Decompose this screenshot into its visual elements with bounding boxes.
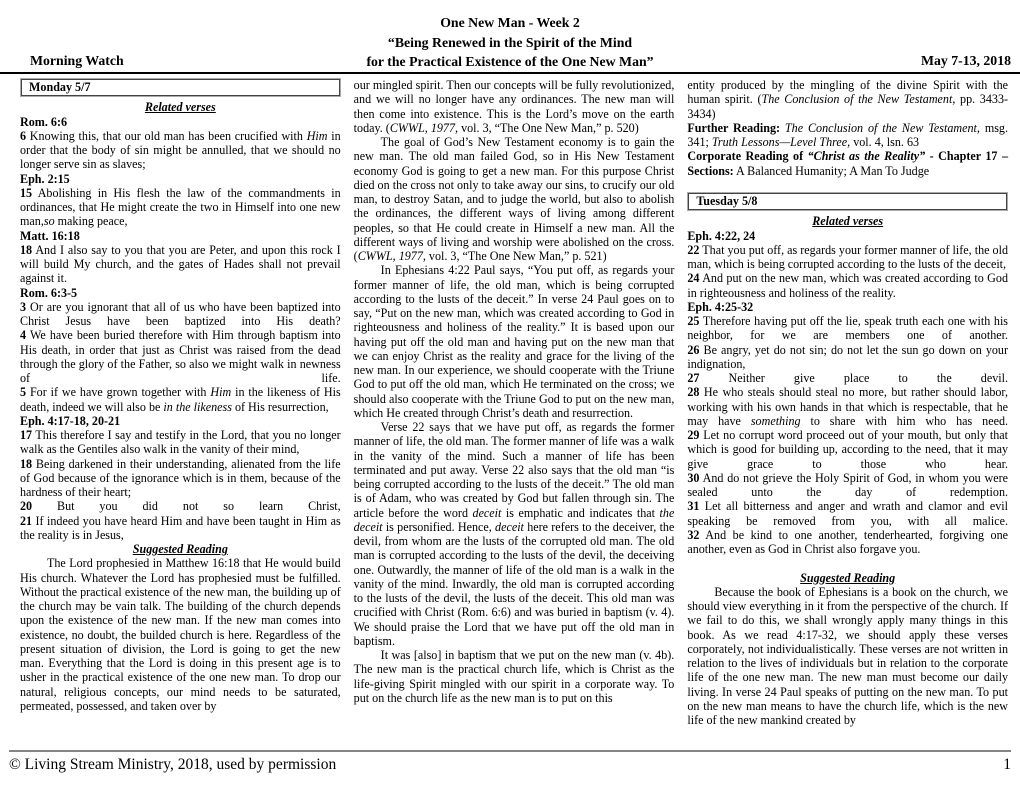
verse-text: And be kind to one another, tenderhearte… [687,528,1008,556]
verse-number: 18 [20,243,32,257]
verse-text: And do not grieve the Holy Spirit of God… [687,471,1008,499]
verse-text: And put on the new man, which was create… [687,271,1008,299]
verse-reference: Eph. 2:15 [20,172,341,186]
verse: 30 And do not grieve the Holy Spirit of … [687,471,1008,500]
verse-number: 21 [20,514,32,528]
verse-number: 26 [687,343,699,357]
verse: 21 If indeed you have heard Him and have… [20,514,341,543]
vertical-spacer [687,556,1008,570]
verse-text: For if we have grown together with Him i… [20,385,341,413]
verse-text: Let no corrupt word proceed out of your … [687,428,1008,471]
verse: 17 This therefore I say and testify in t… [20,428,341,457]
verse: 20 But you did not so learn Christ, [20,499,341,513]
day-header: Monday 5/7 [21,79,340,96]
column-left: Monday 5/7Related versesRom. 6:66 Knowin… [20,78,341,745]
verse: 29 Let no corrupt word proceed out of yo… [687,428,1008,471]
verse-number: 18 [20,457,32,471]
verse-number: 28 [687,385,699,399]
verse-reference: Eph. 4:25-32 [687,300,1008,314]
verse: 4 We have been buried therefore with Him… [20,328,341,385]
verse: 25 Therefore having put off the lie, spe… [687,314,1008,343]
verse-text: We have been buried therefore with Him t… [20,328,341,385]
verse: 18 Being darkened in their understanding… [20,457,341,500]
section-heading: Related verses [687,214,1008,228]
column-right: entity produced by the mingling of the d… [687,78,1008,745]
verse-reference: Rom. 6:6 [20,115,341,129]
verse-number: 29 [687,428,699,442]
verse-text: If indeed you have heard Him and have be… [20,514,341,542]
verse-number: 5 [20,385,26,399]
verse-text: Be angry, yet do not sin; do not let the… [687,343,1008,371]
paragraph: our mingled spirit. Then our concepts wi… [354,78,675,135]
section-heading: Suggested Reading [687,571,1008,585]
verse-text: Let all bitterness and anger and wrath a… [687,499,1008,527]
verse: 5 For if we have grown together with Him… [20,385,341,414]
section-heading: Related verses [20,100,341,114]
verse-number: 32 [687,528,699,542]
paragraph: Because the book of Ephesians is a book … [687,585,1008,728]
footer-divider [9,750,1011,752]
verse-reference: Eph. 4:22, 24 [687,229,1008,243]
morning-watch-label: Morning Watch [30,53,124,69]
paragraph: The goal of God’s New Testament economy … [354,135,675,263]
verse-number: 24 [687,271,699,285]
verse: 31 Let all bitterness and anger and wrat… [687,499,1008,528]
verse-reference: Matt. 16:18 [20,229,341,243]
verse-number: 3 [20,300,26,314]
verse-text: That you put off, as regards your former… [687,243,1008,271]
day-header: Tuesday 5/8 [688,193,1007,210]
verse-number: 17 [20,428,32,442]
page-title-week: One New Man - Week 2 [0,13,1020,33]
verse-number: 6 [20,129,26,143]
verse-number: 25 [687,314,699,328]
verse: 26 Be angry, yet do not sin; do not let … [687,343,1008,372]
page-footer: © Living Stream Ministry, 2018, used by … [9,750,1011,775]
verse: 3 Or are you ignorant that all of us who… [20,300,341,329]
verse-text: Therefore having put off the lie, speak … [687,314,1008,342]
paragraph: Corporate Reading of “Christ as the Real… [687,149,1008,178]
verse-text: He who steals should steal no more, but … [687,385,1008,428]
verse: 28 He who steals should steal no more, b… [687,385,1008,428]
paragraph: Verse 22 says that we have put off, as r… [354,420,675,648]
paragraph: The Lord prophesied in Matthew 16:18 tha… [20,556,341,713]
section-heading: Suggested Reading [20,542,341,556]
verse-text: Knowing this, that our old man has been … [20,129,341,172]
verse-text: This therefore I say and testify in the … [20,428,341,456]
verse-number: 4 [20,328,26,342]
column-middle: our mingled spirit. Then our concepts wi… [354,78,675,745]
verse: 24 And put on the new man, which was cre… [687,271,1008,300]
page-title-theme-line1: “Being Renewed in the Spirit of the Mind [0,33,1020,53]
page-title-theme-line2: for the Practical Existence of the One N… [0,52,1020,72]
verse: 18 And I also say to you that you are Pe… [20,243,341,286]
document-page: One New Man - Week 2 “Being Renewed in t… [0,0,1020,788]
verse-number: 31 [687,499,699,513]
verse-text: Or are you ignorant that all of us who h… [20,300,341,328]
content-columns: Monday 5/7Related versesRom. 6:66 Knowin… [0,74,1020,745]
paragraph: Further Reading: The Conclusion of the N… [687,121,1008,150]
title-block: One New Man - Week 2 “Being Renewed in t… [0,13,1020,72]
verse: 6 Knowing this, that our old man has bee… [20,129,341,172]
page-number: 1 [1003,754,1011,775]
paragraph: It was [also] in baptism that we put on … [354,648,675,705]
verse-text: But you did not so learn Christ, [57,499,341,513]
verse-text: Neither give place to the devil. [729,371,1008,385]
paragraph: entity produced by the mingling of the d… [687,78,1008,121]
verse: 32 And be kind to one another, tenderhea… [687,528,1008,557]
verse: 22 That you put off, as regards your for… [687,243,1008,272]
verse-number: 30 [687,471,699,485]
verse: 27 Neither give place to the devil. [687,371,1008,385]
verse-text: Being darkened in their understanding, a… [20,457,341,500]
verse-number: 27 [687,371,699,385]
verse-number: 22 [687,243,699,257]
copyright-text: © Living Stream Ministry, 2018, used by … [9,754,336,775]
verse-text: Abolishing in His flesh the law of the c… [20,186,341,229]
verse-number: 15 [20,186,32,200]
verse-text: And I also say to you that you are Peter… [20,243,341,286]
vertical-spacer [687,178,1008,192]
verse-reference: Rom. 6:3-5 [20,286,341,300]
paragraph: In Ephesians 4:22 Paul says, “You put of… [354,263,675,420]
page-header: One New Man - Week 2 “Being Renewed in t… [0,0,1020,74]
verse: 15 Abolishing in His flesh the law of th… [20,186,341,229]
footer-row: © Living Stream Ministry, 2018, used by … [9,754,1011,775]
verse-reference: Eph. 4:17-18, 20-21 [20,414,341,428]
date-range: May 7-13, 2018 [921,53,1011,69]
verse-number: 20 [20,499,32,513]
